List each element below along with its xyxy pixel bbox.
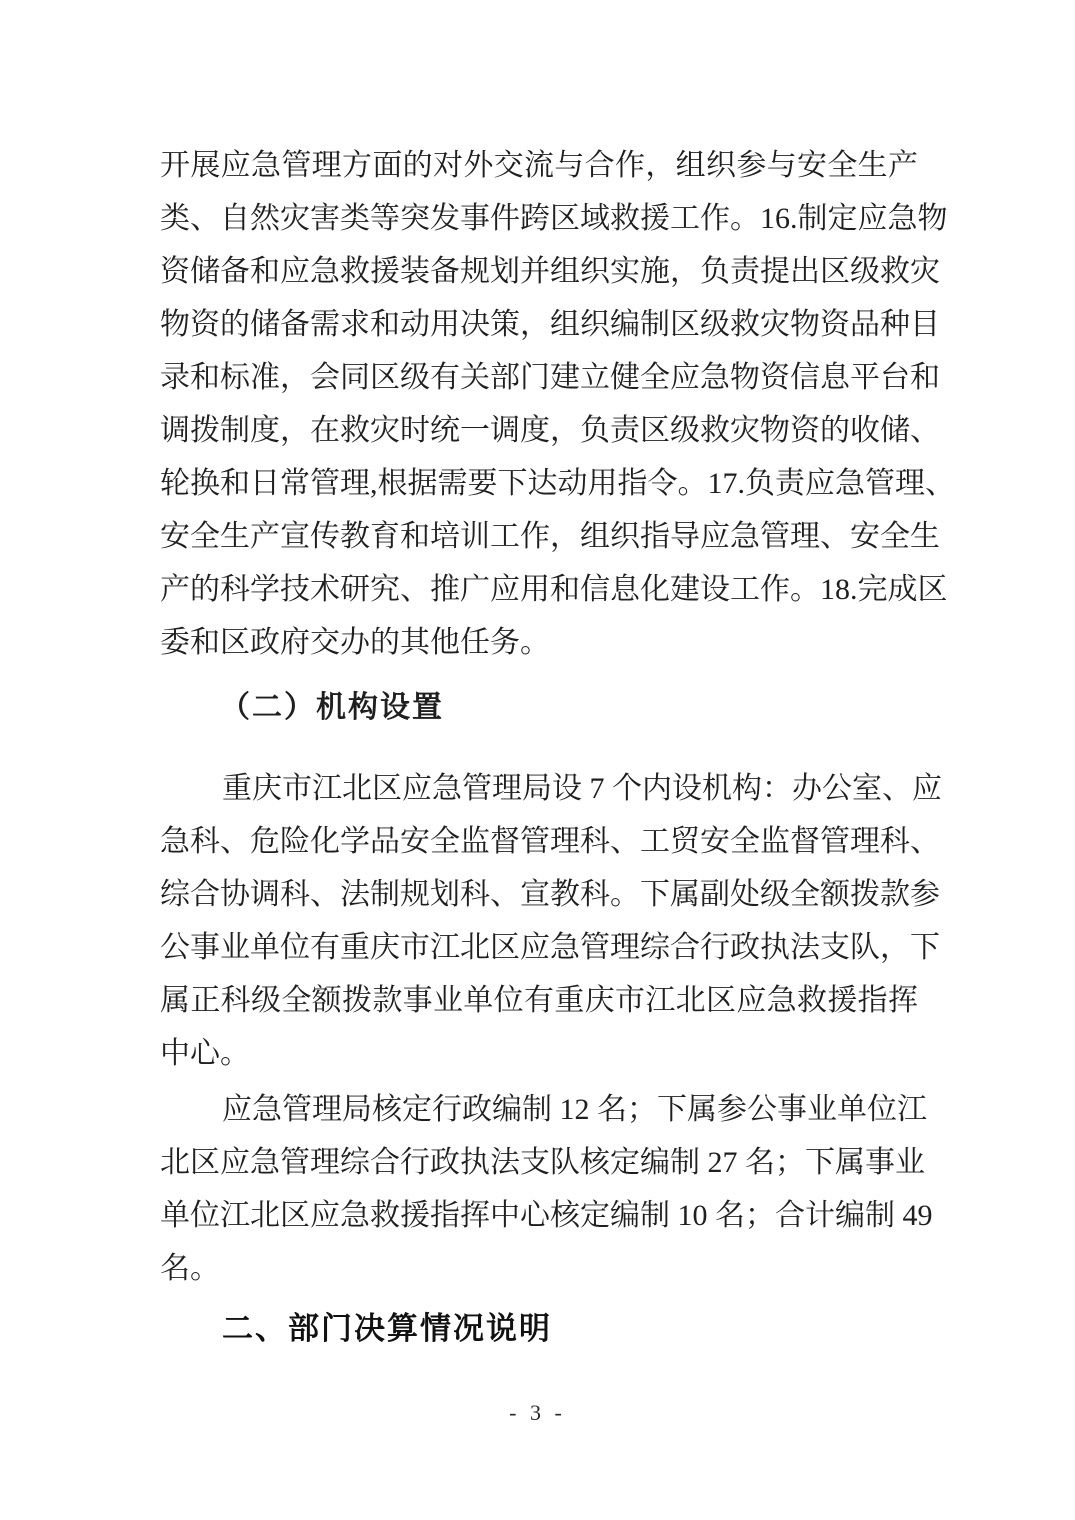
text-line: 急科、危险化学品安全监督管理科、工贸安全监督管理科、 [160, 815, 918, 868]
text-line: 属正科级全额拨款事业单位有重庆市江北区应急救援指挥 [160, 974, 918, 1027]
text-line: 名。 [160, 1242, 918, 1295]
text-line: 委和区政府交办的其他任务。 [160, 616, 918, 669]
text-line: 轮换和日常管理,根据需要下达动用指令。17.负责应急管理、 [160, 457, 918, 510]
text-line: 应急管理局核定行政编制 12 名；下属参公事业单位江 [160, 1083, 918, 1136]
text-line: 产的科学技术研究、推广应用和信息化建设工作。18.完成区 [160, 563, 918, 616]
document-page: 开展应急管理方面的对外交流与合作，组织参与安全生产 类、自然灾害类等突发事件跨区… [0, 0, 1075, 1520]
document-content: 开展应急管理方面的对外交流与合作，组织参与安全生产 类、自然灾害类等突发事件跨区… [160, 139, 918, 1355]
text-line: 物资的储备需求和动用决策，组织编制区级救灾物资品种目 [160, 298, 918, 351]
paragraph-organization: 重庆市江北区应急管理局设 7 个内设机构：办公室、应 急科、危险化学品安全监督管… [160, 762, 918, 1080]
text-line: 安全生产宣传教育和培训工作，组织指导应急管理、安全生 [160, 510, 918, 563]
text-line: 资储备和应急救援装备规划并组织实施，负责提出区级救灾 [160, 245, 918, 298]
paragraph-duties-continued: 开展应急管理方面的对外交流与合作，组织参与安全生产 类、自然灾害类等突发事件跨区… [160, 139, 918, 669]
text-line: 中心。 [160, 1027, 918, 1080]
text-line: 类、自然灾害类等突发事件跨区域救援工作。16.制定应急物 [160, 192, 918, 245]
text-line: 单位江北区应急救援指挥中心核定编制 10 名；合计编制 49 [160, 1189, 918, 1242]
text-line: 录和标准，会同区级有关部门建立健全应急物资信息平台和 [160, 351, 918, 404]
text-line: 开展应急管理方面的对外交流与合作，组织参与安全生产 [160, 139, 918, 192]
text-line: 综合协调科、法制规划科、宣教科。下属副处级全额拨款参 [160, 868, 918, 921]
text-line: 调拨制度，在救灾时统一调度，负责区级救灾物资的收储、 [160, 404, 918, 457]
paragraph-staffing: 应急管理局核定行政编制 12 名；下属参公事业单位江 北区应急管理综合行政执法支… [160, 1083, 918, 1295]
text-line: 公事业单位有重庆市江北区应急管理综合行政执法支队，下 [160, 921, 918, 974]
section-heading-final-accounts-explanation: 二、部门决算情况说明 [160, 1302, 918, 1355]
page-number: - 3 - [0, 1400, 1075, 1426]
section-heading-organization-setup: （二）机构设置 [160, 681, 918, 734]
text-line: 重庆市江北区应急管理局设 7 个内设机构：办公室、应 [160, 762, 918, 815]
text-line: 北区应急管理综合行政执法支队核定编制 27 名；下属事业 [160, 1136, 918, 1189]
